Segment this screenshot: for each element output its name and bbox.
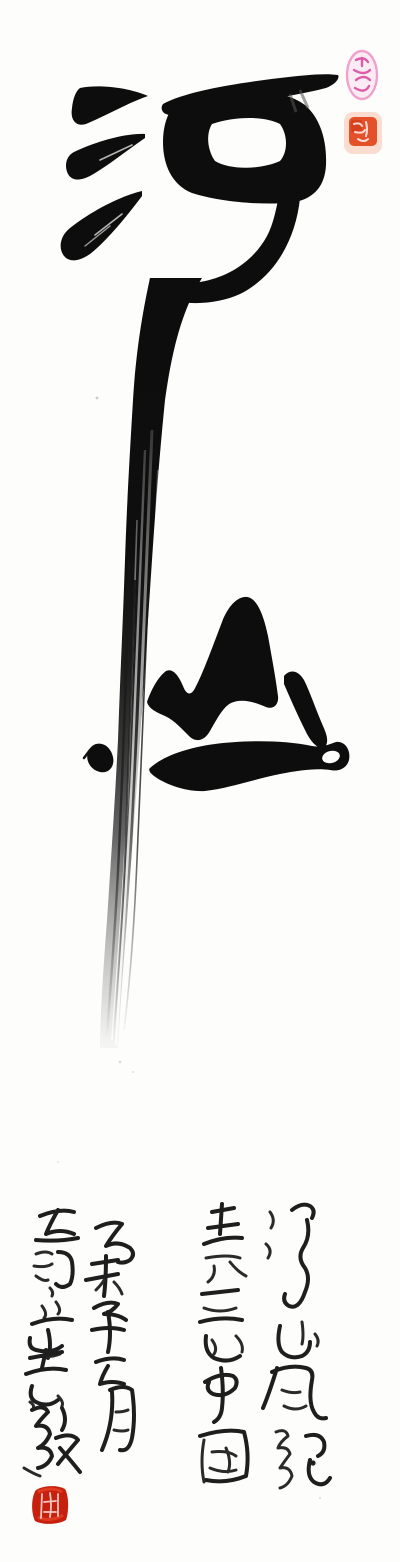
inscription-char-yi2 xyxy=(24,1407,80,1476)
main-character-he xyxy=(61,74,339,1048)
he-long-tail-stroke xyxy=(100,278,202,1048)
inscription-char-li xyxy=(200,1290,242,1361)
inscription-char-tang xyxy=(30,1302,72,1358)
inscription-column-3 xyxy=(86,1223,134,1451)
inscription-char-zhong xyxy=(205,1368,237,1422)
inscription-char-shan xyxy=(278,1322,318,1357)
inscription-char-yi xyxy=(96,1223,133,1263)
dry-brush-streak xyxy=(175,242,205,262)
inscription-column-1 xyxy=(263,1205,330,1488)
ink-dot xyxy=(310,1460,315,1465)
shan-peak-stroke xyxy=(147,597,278,740)
inscription-column-4 xyxy=(24,1210,80,1476)
top-square-seal xyxy=(344,112,382,154)
inscription-char-guo xyxy=(200,1431,248,1482)
inscription-char-he xyxy=(266,1205,314,1307)
inscription-char-mao xyxy=(276,1431,330,1488)
top-gourd-seal xyxy=(347,51,377,99)
water-radical-stroke-1 xyxy=(72,86,148,124)
inscription-char-wu xyxy=(36,1210,78,1241)
water-radical-stroke-3 xyxy=(61,191,142,260)
inscription-char-mei xyxy=(204,1204,246,1282)
artwork-canvas xyxy=(0,0,400,1562)
calligraphy-scroll xyxy=(0,0,400,1562)
inscription-char-feng xyxy=(263,1367,326,1419)
shan-dot-stroke xyxy=(87,744,113,773)
he-loop-stroke xyxy=(163,92,326,204)
inscription-char-zheng xyxy=(96,1358,124,1384)
paper-flecks xyxy=(57,397,321,1500)
shan-right-stroke xyxy=(284,671,327,747)
inscription-char-huang xyxy=(26,1350,66,1410)
inscription-column-2 xyxy=(200,1204,248,1482)
inscription-char-yue xyxy=(102,1387,134,1450)
artist-name-seal xyxy=(32,1486,68,1524)
shan-base-stroke xyxy=(149,741,349,791)
seal-dark-patch xyxy=(351,120,362,132)
inscription-char-wei xyxy=(86,1256,122,1296)
inscription-char-yun xyxy=(34,1252,73,1296)
inscription-char-nian xyxy=(92,1303,126,1352)
